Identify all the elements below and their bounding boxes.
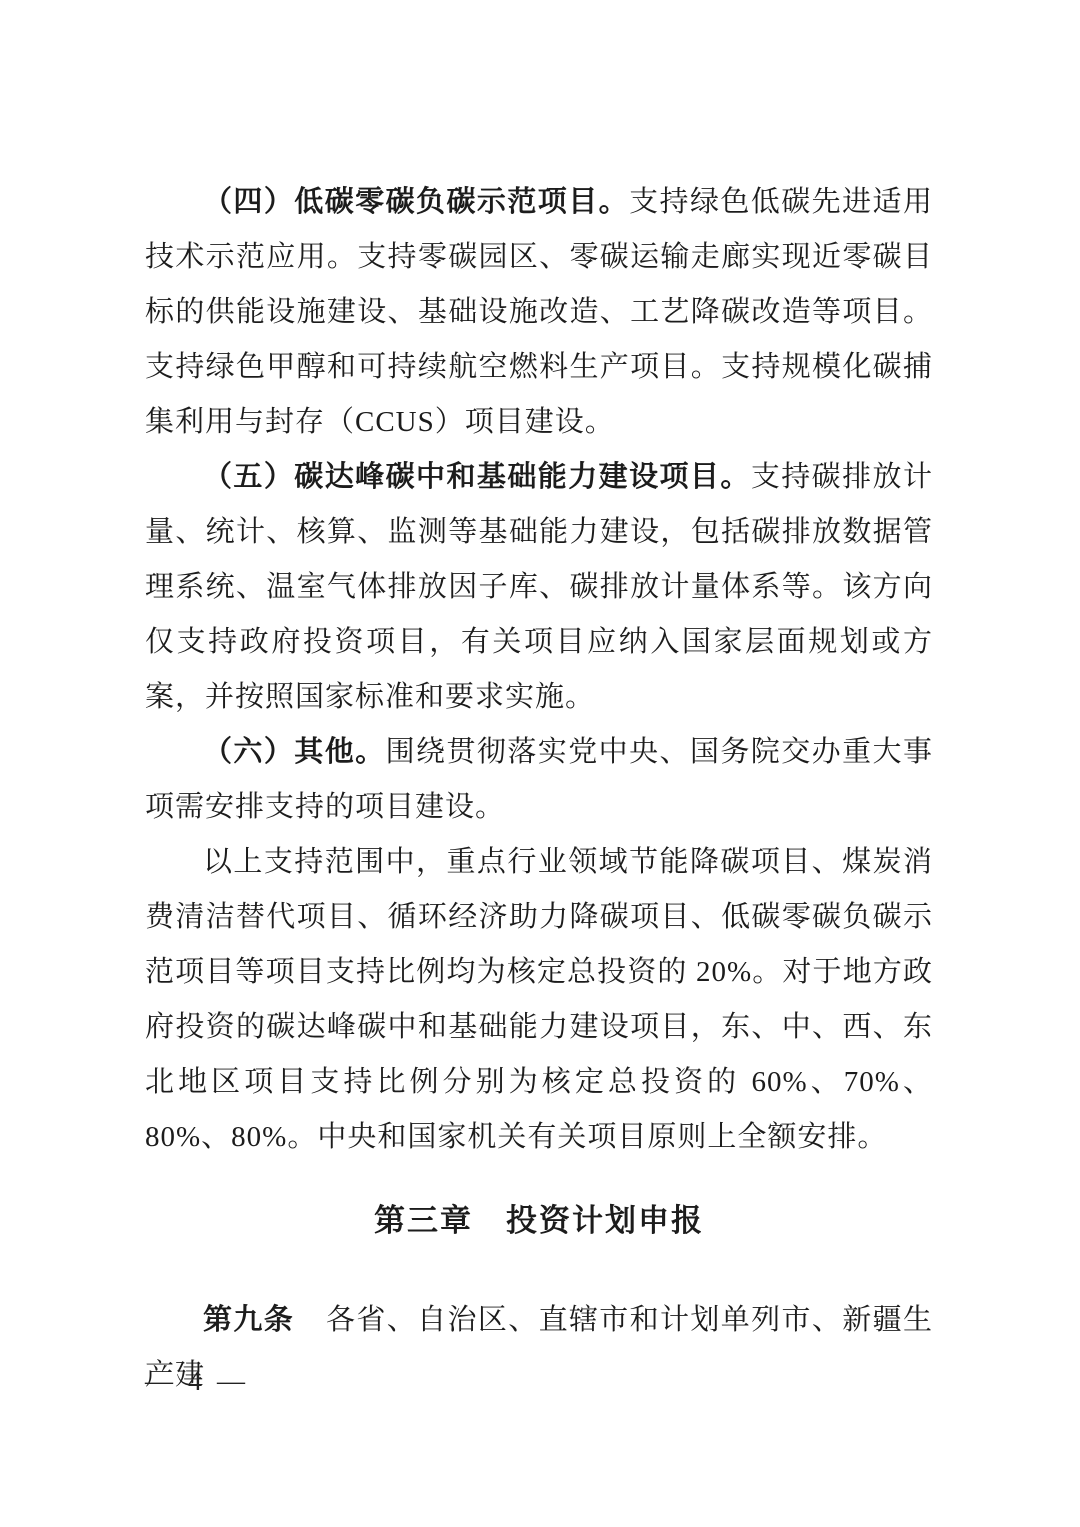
paragraph-text: 支持碳排放计量、统计、核算、监测等基础能力建设，包括碳排放数据管理系统、温室气体… [145, 461, 933, 713]
paragraph-text: 支持绿色低碳先进适用技术示范应用。支持零碳园区、零碳运输走廊实现近零碳目标的供能… [145, 186, 933, 438]
paragraph-lead: （五）碳达峰碳中和基础能力建设项目。 [203, 461, 751, 493]
paragraph-item-6: （六）其他。围绕贯彻落实党中央、国务院交办重大事项需安排支持的项目建设。 [145, 725, 933, 835]
paragraph-text: 以上支持范围中，重点行业领域节能降碳项目、煤炭消费清洁替代项目、循环经济助力降碳… [145, 846, 933, 1153]
paragraph-support-ratios: 以上支持范围中，重点行业领域节能降碳项目、煤炭消费清洁替代项目、循环经济助力降碳… [145, 835, 933, 1165]
page-number: — 4 — [145, 1362, 249, 1402]
chapter-heading: 第三章 投资计划申报 [145, 1193, 933, 1248]
article-9-paragraph: 第九条各省、自治区、直辖市和计划单列市、新疆生产建 [145, 1293, 933, 1403]
article-number-lead: 第九条 [203, 1304, 294, 1336]
paragraph-lead: （四）低碳零碳负碳示范项目。 [203, 186, 629, 218]
paragraph-item-4: （四）低碳零碳负碳示范项目。支持绿色低碳先进适用技术示范应用。支持零碳园区、零碳… [145, 175, 933, 450]
document-body: （四）低碳零碳负碳示范项目。支持绿色低碳先进适用技术示范应用。支持零碳园区、零碳… [145, 175, 933, 1403]
paragraph-item-5: （五）碳达峰碳中和基础能力建设项目。支持碳排放计量、统计、核算、监测等基础能力建… [145, 450, 933, 725]
document-page: （四）低碳零碳负碳示范项目。支持绿色低碳先进适用技术示范应用。支持零碳园区、零碳… [0, 0, 1080, 1527]
paragraph-lead: （六）其他。 [203, 736, 386, 768]
